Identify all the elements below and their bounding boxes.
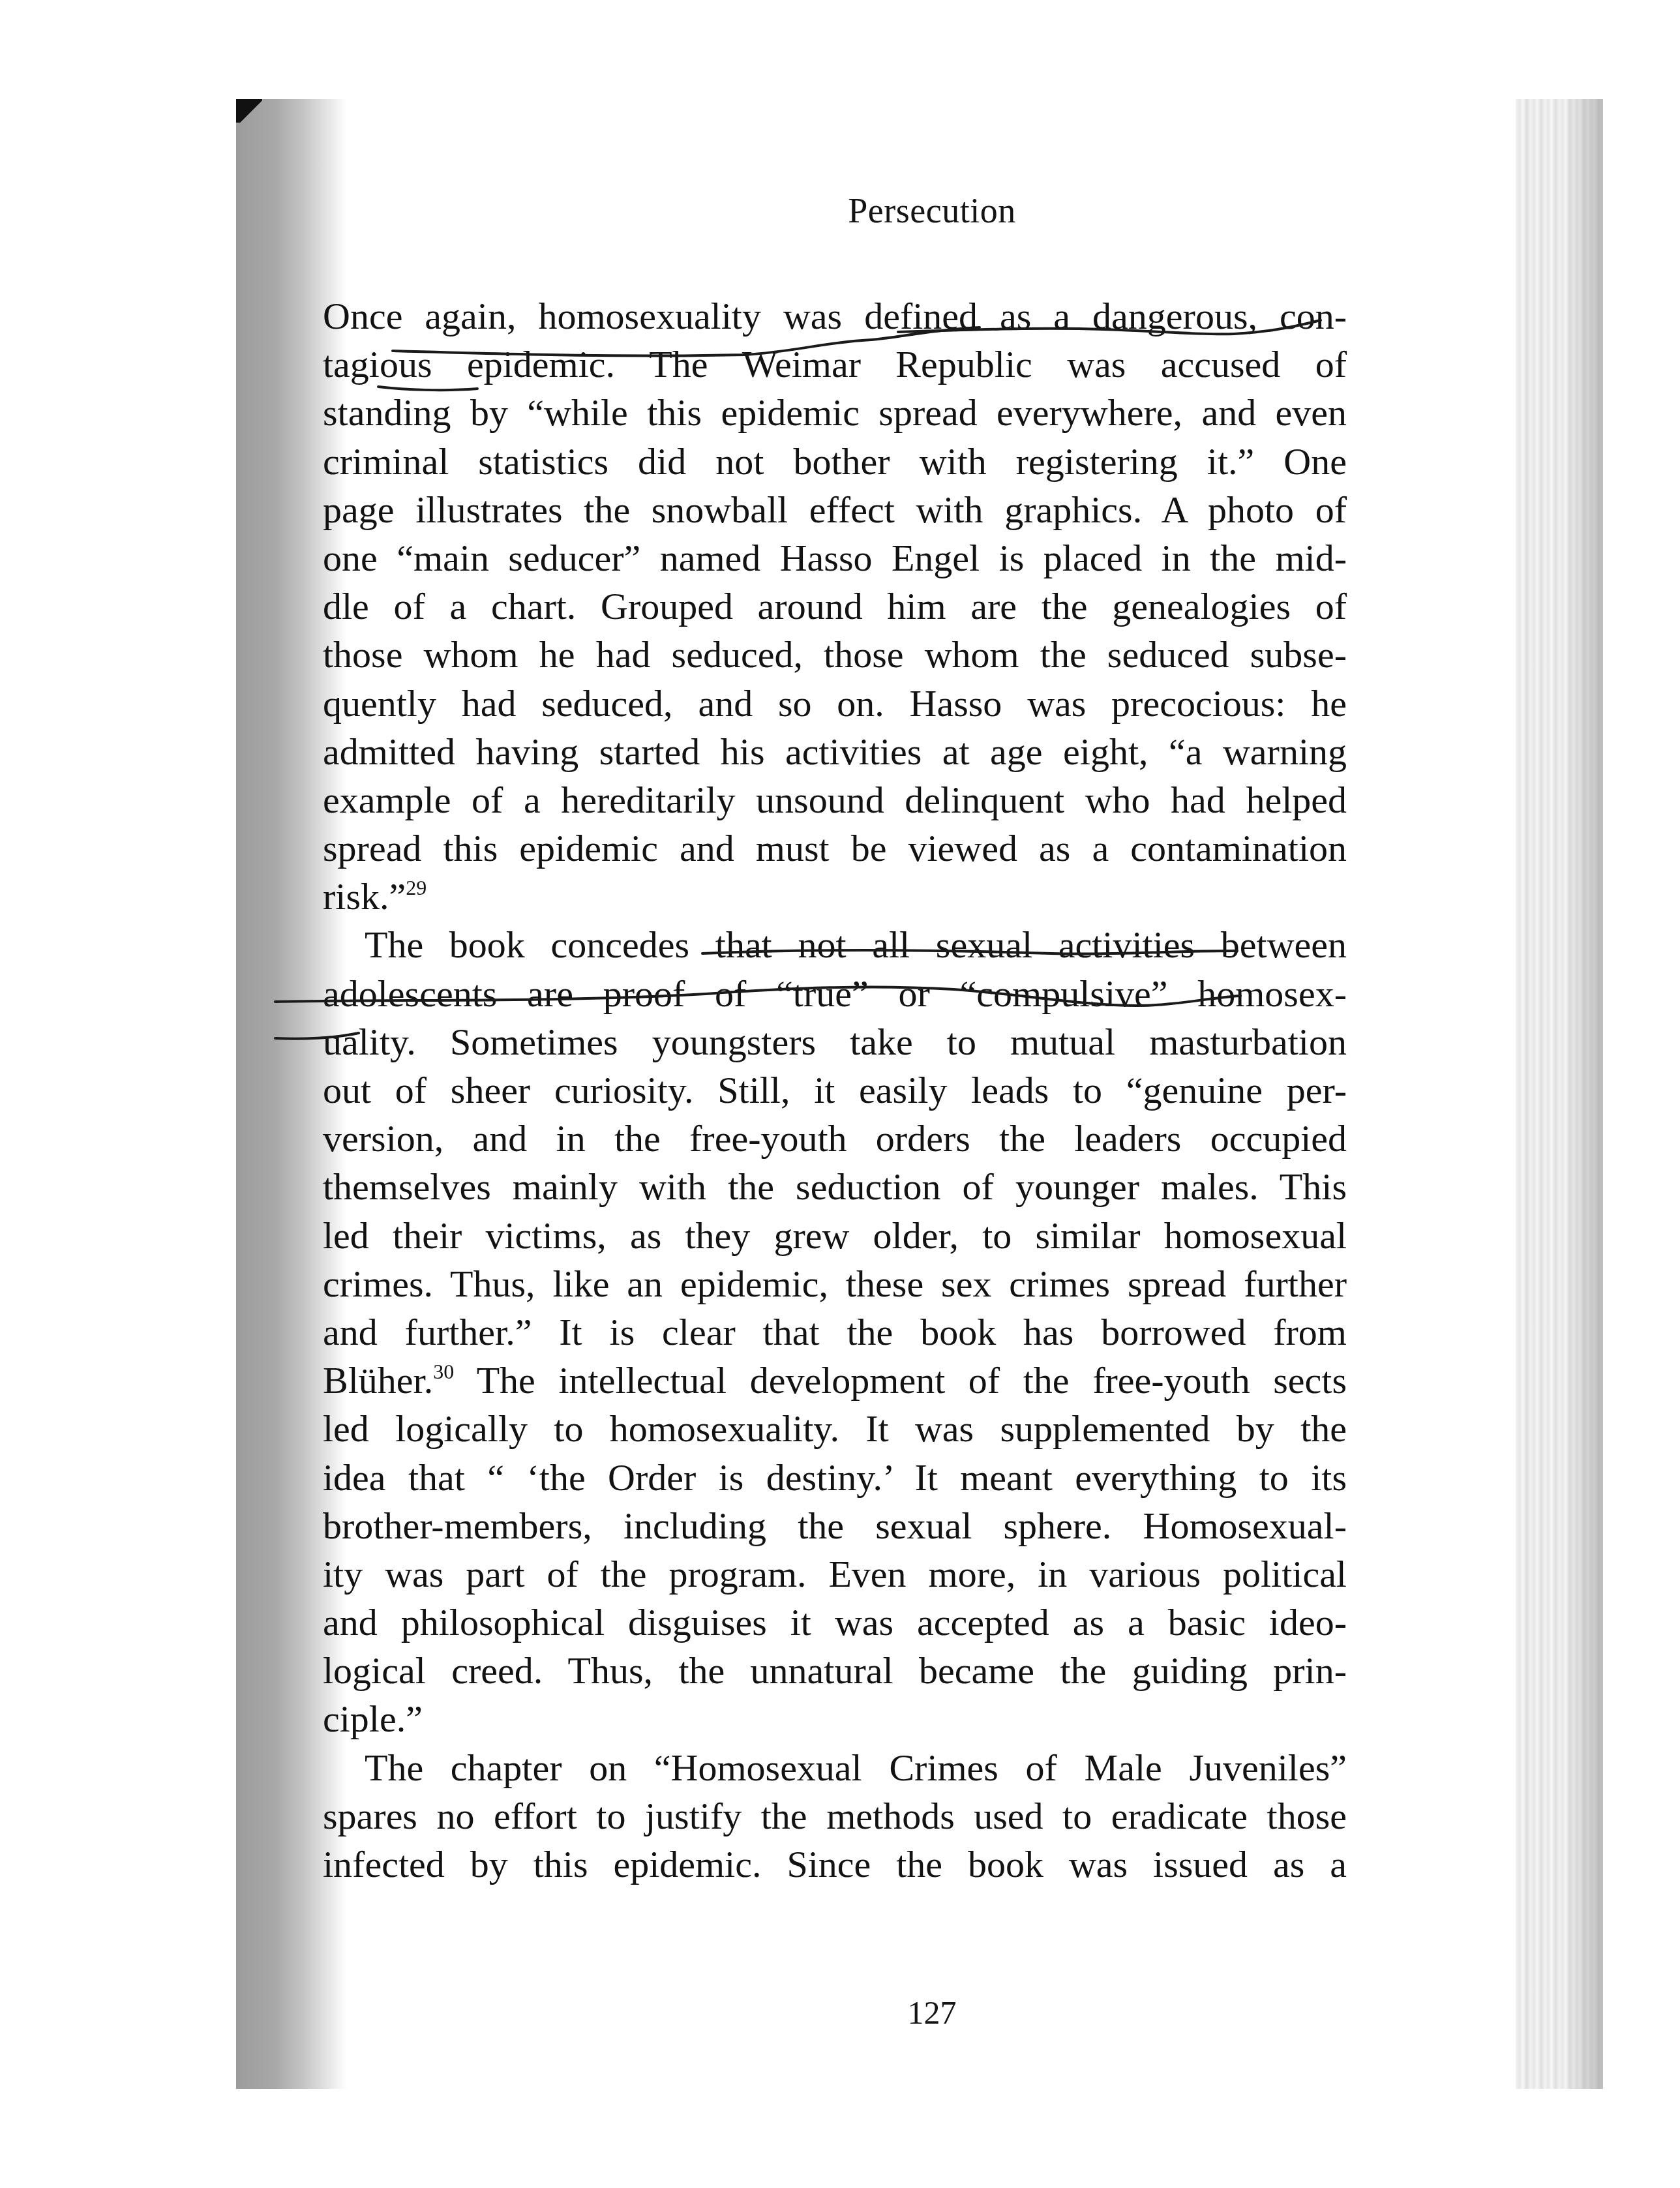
text-line: risk.”29	[323, 873, 1347, 921]
text-line: and further.” It is clear that the book …	[323, 1308, 1347, 1356]
paragraph-1: Once again, homosexuality was defined as…	[323, 292, 1347, 921]
text-line: ity was part of the program. Even more, …	[323, 1550, 1347, 1598]
text-line: idea that “ ‘the Order is destiny.’ It m…	[323, 1454, 1347, 1502]
text-line: The chapter on “Homosexual Crimes of Mal…	[323, 1744, 1347, 1792]
scan-corner-shadow	[236, 99, 262, 123]
text-fragment: The intellectual development of the free…	[454, 1359, 1347, 1401]
body-text: Once again, homosexuality was defined as…	[323, 292, 1347, 1889]
text-line: standing by “while this epidemic spread …	[323, 389, 1347, 437]
text-line: page illustrates the snowball effect wit…	[323, 486, 1347, 534]
page-number: 127	[236, 1994, 1603, 2031]
text-line: led their victims, as they grew older, t…	[323, 1212, 1347, 1260]
text-line: one “main seducer” named Hasso Engel is …	[323, 534, 1347, 582]
text-fragment: risk.”	[323, 875, 406, 918]
text-line: criminal statistics did not bother with …	[323, 438, 1347, 486]
text-line: brother-members, including the sexual sp…	[323, 1502, 1347, 1550]
text-line: spread this epidemic and must be viewed …	[323, 824, 1347, 873]
footnote-ref: 30	[433, 1360, 454, 1383]
text-fragment: Blüher.	[323, 1359, 433, 1401]
text-line: example of a hereditarily unsound delinq…	[323, 776, 1347, 824]
text-line: version, and in the free-youth orders th…	[323, 1115, 1347, 1163]
running-head: Persecution	[236, 190, 1603, 231]
text-line: tagious epidemic. The Weimar Republic wa…	[323, 340, 1347, 389]
text-line: Once again, homosexuality was defined as…	[323, 292, 1347, 340]
scanned-book-page: Persecution Once again, homosexuality wa…	[236, 99, 1603, 2089]
text-line: admitted having started his activities a…	[323, 728, 1347, 776]
text-line: led logically to homosexuality. It was s…	[323, 1405, 1347, 1453]
text-line: themselves mainly with the seduction of …	[323, 1163, 1347, 1211]
text-line: uality. Sometimes youngsters take to mut…	[323, 1018, 1347, 1066]
text-line: adolescents are proof of “true” or “comp…	[323, 970, 1347, 1018]
text-line: crimes. Thus, like an epidemic, these se…	[323, 1260, 1347, 1308]
paragraph-3: The chapter on “Homosexual Crimes of Mal…	[323, 1744, 1347, 1889]
text-line: spares no effort to justify the methods …	[323, 1792, 1347, 1840]
paragraph-2: The book concedes that not all sexual ac…	[323, 921, 1347, 1743]
text-line: infected by this epidemic. Since the boo…	[323, 1840, 1347, 1889]
footnote-ref: 29	[406, 876, 427, 899]
text-line: quently had seduced, and so on. Hasso wa…	[323, 680, 1347, 728]
text-line: ciple.”	[323, 1695, 1347, 1743]
page-fore-edge	[1516, 99, 1603, 2089]
text-line: dle of a chart. Grouped around him are t…	[323, 582, 1347, 631]
text-line: logical creed. Thus, the unnatural becam…	[323, 1647, 1347, 1695]
text-line: and philosophical disguises it was accep…	[323, 1598, 1347, 1647]
text-line: The book concedes that not all sexual ac…	[323, 921, 1347, 969]
text-line: out of sheer curiosity. Still, it easily…	[323, 1066, 1347, 1115]
text-line: those whom he had seduced, those whom th…	[323, 631, 1347, 679]
text-line: Blüher.30 The intellectual development o…	[323, 1356, 1347, 1405]
